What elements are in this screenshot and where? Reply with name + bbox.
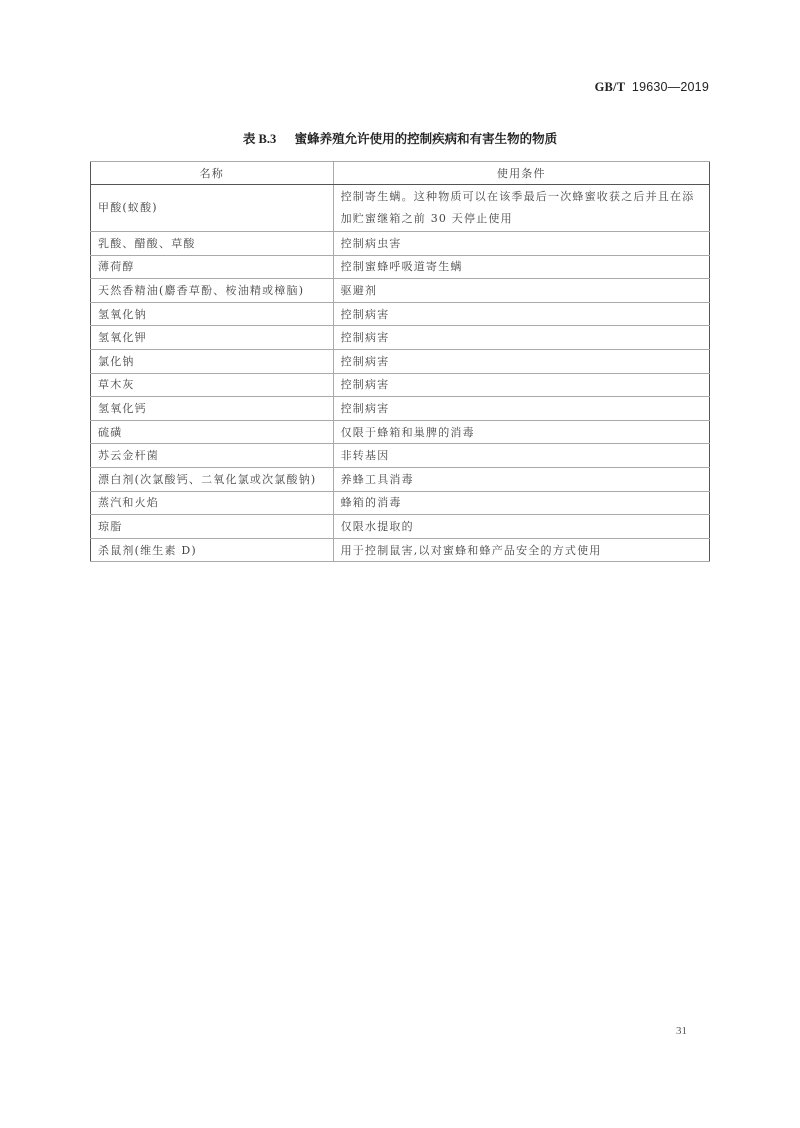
substance-name: 杀鼠剂(维生素 D) [91, 538, 334, 562]
usage-condition: 养蜂工具消毒 [333, 467, 709, 491]
standard-number: 19630—2019 [632, 80, 709, 94]
usage-condition: 控制病害 [333, 397, 709, 421]
substance-name: 薄荷醇 [91, 255, 334, 279]
table-row: 天然香精油(麝香草酚、桉油精或樟脑) 驱避剂 [91, 279, 710, 303]
table-row: 草木灰 控制病害 [91, 373, 710, 397]
table-number: 表 B.3 [243, 132, 276, 146]
usage-condition: 用于控制鼠害,以对蜜蜂和蜂产品安全的方式使用 [333, 538, 709, 562]
substance-name: 氢氧化钙 [91, 397, 334, 421]
table-row: 甲酸(蚁酸) 控制寄生螨。这种物质可以在该季最后一次蜂蜜收获之后并且在添加贮蜜继… [91, 185, 710, 232]
table-row: 氢氧化钠 控制病害 [91, 302, 710, 326]
usage-condition: 控制蜜蜂呼吸道寄生螨 [333, 255, 709, 279]
table-row: 苏云金杆菌 非转基因 [91, 444, 710, 468]
substance-name: 乳酸、醋酸、草酸 [91, 232, 334, 256]
substance-name: 漂白剂(次氯酸钙、二氧化氯或次氯酸钠) [91, 467, 334, 491]
usage-condition: 控制寄生螨。这种物质可以在该季最后一次蜂蜜收获之后并且在添加贮蜜继箱之前 30 … [333, 185, 709, 232]
table-row: 硫磺 仅限于蜂箱和巢脾的消毒 [91, 420, 710, 444]
usage-condition: 控制病害 [333, 373, 709, 397]
table-row: 蒸汽和火焰 蜂箱的消毒 [91, 491, 710, 515]
table-caption: 表 B.3 蜜蜂养殖允许使用的控制疾病和有害生物的物质 [0, 129, 800, 147]
substance-name: 甲酸(蚁酸) [91, 185, 334, 232]
substances-table: 名称 使用条件 甲酸(蚁酸) 控制寄生螨。这种物质可以在该季最后一次蜂蜜收获之后… [90, 161, 710, 562]
substance-name: 草木灰 [91, 373, 334, 397]
table-row: 漂白剂(次氯酸钙、二氧化氯或次氯酸钠) 养蜂工具消毒 [91, 467, 710, 491]
usage-condition: 控制病害 [333, 349, 709, 373]
usage-condition: 控制病害 [333, 302, 709, 326]
substance-name: 硫磺 [91, 420, 334, 444]
usage-condition: 仅限于蜂箱和巢脾的消毒 [333, 420, 709, 444]
substance-name: 天然香精油(麝香草酚、桉油精或樟脑) [91, 279, 334, 303]
usage-condition: 驱避剂 [333, 279, 709, 303]
usage-condition: 控制病虫害 [333, 232, 709, 256]
page-number: 31 [676, 1025, 687, 1037]
substance-name: 氢氧化钠 [91, 302, 334, 326]
substance-name: 琼脂 [91, 515, 334, 539]
standard-prefix: GB/T [595, 80, 626, 94]
substance-name: 氯化钠 [91, 349, 334, 373]
substance-name: 蒸汽和火焰 [91, 491, 334, 515]
column-header-name: 名称 [91, 162, 334, 185]
usage-condition: 非转基因 [333, 444, 709, 468]
table-title: 蜜蜂养殖允许使用的控制疾病和有害生物的物质 [295, 131, 558, 146]
substance-name: 苏云金杆菌 [91, 444, 334, 468]
usage-condition: 仅限水提取的 [333, 515, 709, 539]
table-header-row: 名称 使用条件 [91, 162, 710, 185]
table-row: 乳酸、醋酸、草酸 控制病虫害 [91, 232, 710, 256]
column-header-condition: 使用条件 [333, 162, 709, 185]
substance-name: 氢氧化钾 [91, 326, 334, 350]
table-row: 琼脂 仅限水提取的 [91, 515, 710, 539]
table-row: 氯化钠 控制病害 [91, 349, 710, 373]
usage-condition: 蜂箱的消毒 [333, 491, 709, 515]
usage-condition: 控制病害 [333, 326, 709, 350]
table-row: 氢氧化钙 控制病害 [91, 397, 710, 421]
standard-code: GB/T 19630—2019 [595, 80, 709, 95]
table-row: 氢氧化钾 控制病害 [91, 326, 710, 350]
table-row: 薄荷醇 控制蜜蜂呼吸道寄生螨 [91, 255, 710, 279]
table-row: 杀鼠剂(维生素 D) 用于控制鼠害,以对蜜蜂和蜂产品安全的方式使用 [91, 538, 710, 562]
